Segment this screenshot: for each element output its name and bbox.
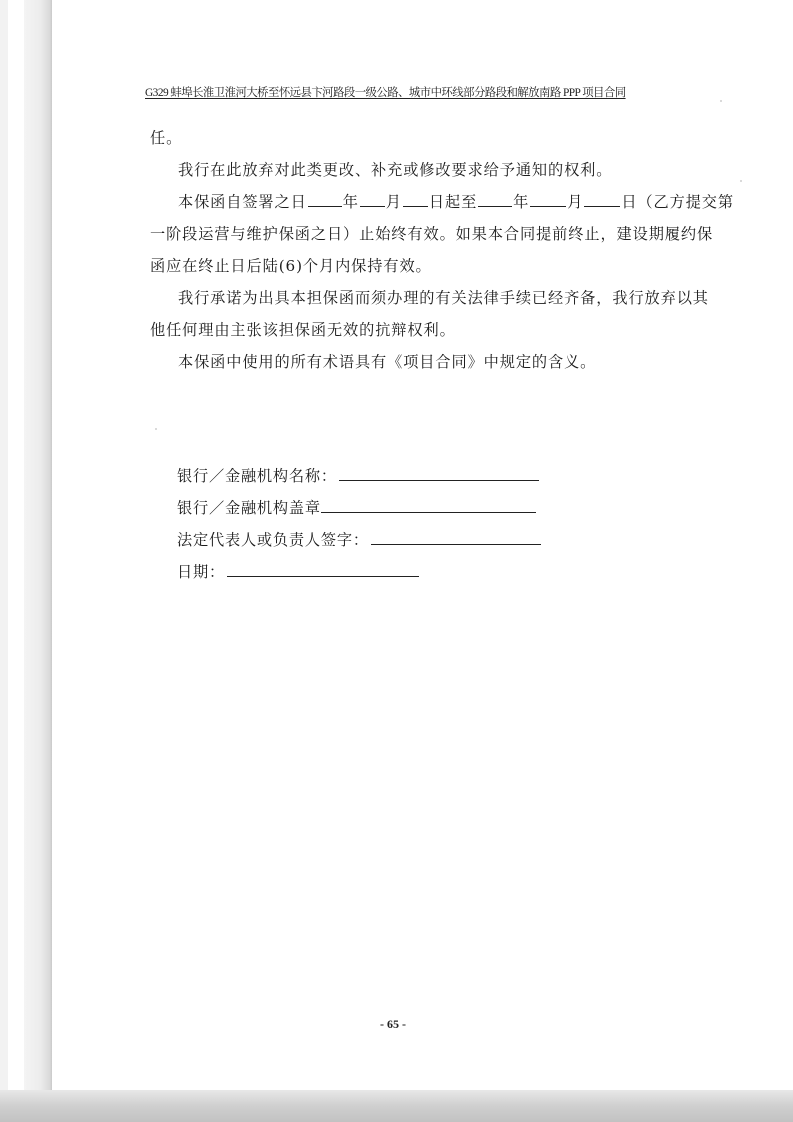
paragraph-terms-definition: 本保函中使用的所有术语具有《项目合同》中规定的含义。 <box>150 346 670 378</box>
scan-speck <box>155 428 157 430</box>
scan-edge <box>0 0 8 1122</box>
document-header: G329 蚌埠长淮卫淮河大桥至怀远县卞河路段一级公路、城市中环线部分路段和解放南… <box>145 84 665 100</box>
field-label: 法定代表人或负责人签字： <box>177 524 369 556</box>
scan-bottom-shadow <box>0 1090 793 1122</box>
bank-seal-input-line[interactable] <box>321 511 536 513</box>
month-blank-1[interactable] <box>360 192 385 207</box>
month-blank-2[interactable] <box>530 192 566 207</box>
day-label-1: 日起至 <box>429 193 477 211</box>
year-blank-1[interactable] <box>308 192 342 207</box>
signature-block: 银行／金融机构名称： 银行／金融机构盖章 法定代表人或负责人签字： 日期： <box>177 460 577 588</box>
year-label-2: 年 <box>513 193 529 211</box>
bank-name-input-line[interactable] <box>339 479 539 481</box>
scan-speck <box>720 100 722 102</box>
signature-field-bank-seal: 银行／金融机构盖章 <box>177 492 577 524</box>
paragraph-legal-procedures-line1: 我行承诺为出具本担保函而须办理的有关法律手续已经齐备，我行放弃以其 <box>150 282 670 314</box>
scan-binding-shadow <box>24 0 52 1090</box>
field-label: 银行／金融机构盖章 <box>177 492 321 524</box>
signature-field-bank-name: 银行／金融机构名称： <box>177 460 577 492</box>
document-body: 任。 我行在此放弃对此类更改、补充或修改要求给予通知的权利。 本保函自签署之日年… <box>150 122 670 378</box>
field-label: 日期： <box>177 556 225 588</box>
month-label-2: 月 <box>567 193 583 211</box>
signature-field-legal-representative: 法定代表人或负责人签字： <box>177 524 577 556</box>
field-label: 银行／金融机构名称： <box>177 460 337 492</box>
validity-text-start: 本保函自签署之日 <box>178 193 307 211</box>
paragraph-validity-line3: 函应在终止日后陆(6)个月内保持有效。 <box>150 250 670 282</box>
month-label-1: 月 <box>386 193 402 211</box>
year-blank-2[interactable] <box>478 192 512 207</box>
paragraph-waiver-notice: 我行在此放弃对此类更改、补充或修改要求给予通知的权利。 <box>150 154 670 186</box>
paragraph-validity-line2: 一阶段运营与维护保函之日）止始终有效。如果本合同提前终止，建设期履约保 <box>150 218 670 250</box>
day-blank-1[interactable] <box>403 192 428 207</box>
page-number: - 65 - <box>380 1017 406 1032</box>
year-label-1: 年 <box>343 193 359 211</box>
scan-speck <box>740 180 742 182</box>
day-blank-2[interactable] <box>584 192 620 207</box>
day-label-2: 日（乙方提交第 <box>621 193 734 211</box>
paragraph-legal-procedures-line2: 他任何理由主张该担保函无效的抗辩权利。 <box>150 314 670 346</box>
legal-representative-signature-line[interactable] <box>371 543 541 545</box>
date-input-line[interactable] <box>227 575 419 577</box>
paragraph-validity-period: 本保函自签署之日年月日起至年月日（乙方提交第 <box>150 186 670 218</box>
signature-field-date: 日期： <box>177 556 577 588</box>
paragraph-continuation: 任。 <box>150 122 670 154</box>
